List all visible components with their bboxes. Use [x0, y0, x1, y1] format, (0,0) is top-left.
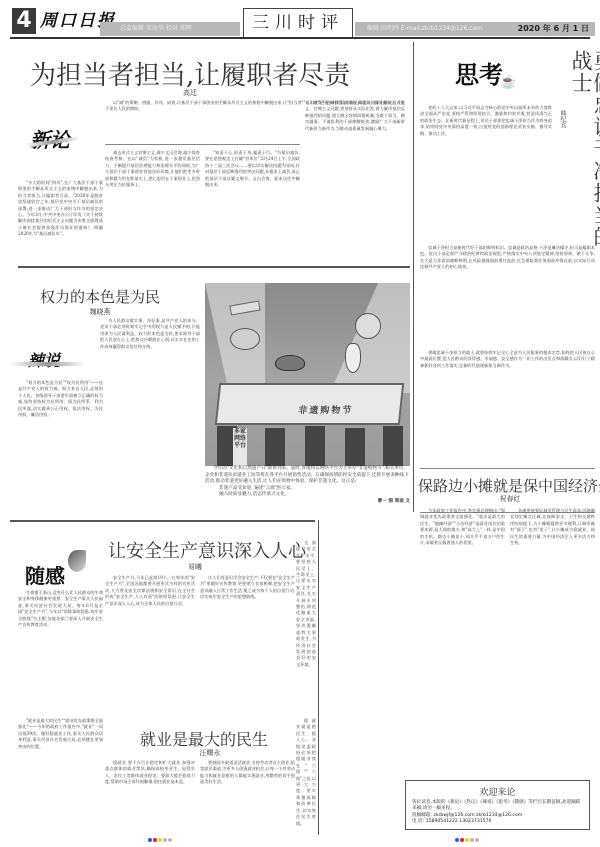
email-label: 投稿邮箱:: [412, 813, 432, 818]
gourd-item-icon: [230, 328, 260, 350]
intro-divider: [105, 144, 300, 145]
article-column: 全面提升安全生产水平,要坚持人民至上、生命至上,压紧压实安全生产责任,扎实开展专…: [296, 540, 316, 690]
article-column: 各地要统筹好城市管理与民生需求,因地制宜划定摊点区域,在保障安全、卫生和交通秩序…: [510, 508, 595, 773]
article-byline: 易曦: [165, 562, 225, 572]
section-divider: [18, 266, 410, 268]
article-headline: 勇做忠诚干净担当的战士: [570, 50, 600, 250]
color-mark-icon: [455, 838, 459, 842]
page-number: 4: [12, 8, 36, 34]
article-headline: 就业是最大的民生: [140, 727, 268, 750]
article-byline: 魏晓燕: [70, 307, 130, 317]
section-title: 三川时评: [243, 8, 353, 38]
column-divider: [413, 42, 414, 512]
phone-numbers: 15890541222 13023731576: [426, 819, 492, 824]
arm-illustration: [383, 426, 403, 466]
article-headline: 为担当者担当,让履职者尽责: [30, 55, 350, 92]
issue-date: 2020 年 6 月 1 日: [518, 22, 589, 36]
tablet-label: 非遗购物节: [298, 403, 354, 416]
color-mark-icon: [470, 838, 474, 842]
notice-title: 欢迎来论: [412, 785, 583, 798]
print-color-marks: [455, 838, 479, 842]
fan-item-icon: [355, 313, 381, 339]
article-column: 减负不是减担当,减事权,而是从根本上解决形式主义、官僚主义问题,要坚持从实际出发…: [305, 100, 405, 262]
color-mark-icon: [465, 838, 469, 842]
color-mark-icon: [460, 838, 464, 842]
color-mark-icon: [158, 838, 162, 842]
cartoon-image: 非遗购物节 多家网络平台: [205, 283, 410, 466]
cartoon-credit: 曹一 图 周南 文: [205, 499, 410, 506]
email-addresses[interactable]: zkrbwjf@126.com zkrb1234@126.com: [433, 813, 522, 818]
caption-text: 今年的"文化和自然遗产日"即将到来。届时,各地将以网络平台为主举办"非遗购物节"…: [205, 466, 410, 486]
color-mark-icon: [475, 838, 479, 842]
column-logo-sikao: 思考: [455, 55, 503, 90]
header-bar-right: 编辑:田明玲 E-mail:zkrb1234@126.com 2020 年 6 …: [355, 22, 595, 36]
article-column: 安全生产月,今年已是第19个。在每年的"安全生产月",全国各地都要开展形式多样的…: [105, 575, 195, 685]
arm-illustration: [265, 428, 285, 466]
vase-item-icon: [345, 343, 361, 373]
header-editor-info: 总监编辑 宋海华 校对:郑晖: [100, 25, 192, 32]
sign-label: 多家网络平台: [233, 428, 247, 466]
color-mark-icon: [163, 838, 167, 842]
article-column: 要鼓励多渠道灵活就业,支持劳动者自主创业,拓宽就业渠道,为更多人创造就业机会,让…: [200, 760, 295, 832]
article-column: 减去形式主义官僚主义,减少文山会海,减少督查检查考核。在以"减负"为契机,进一步…: [105, 150, 200, 262]
contributions-notice: 欢迎来论 各位读者,本版的《新论》《热议》《辣说》《思考》《随感》等栏目长期征稿…: [405, 780, 590, 830]
article-column: 稳就业,要千方百计稳定和扩大就业,加强对重点群体的就业帮扶,确保高校毕业生、退役…: [105, 760, 195, 832]
article-body: 忠诚干净担当是新时代好干部的鲜明标识。忠诚是政治品格,干净是廉洁操守,担当是履职…: [420, 245, 595, 350]
article-column: 生命重于泰山,没有什么比人民群众的生命安全和身体健康更重要。安全生产事关人民福祉…: [18, 590, 103, 690]
color-mark-icon: [168, 838, 172, 842]
section-divider: [420, 468, 595, 469]
article-headline: 保路边小摊就是保中国经济生机: [418, 475, 600, 496]
article-column: "就业是最大的民生""就业优先政策要全面强化"——今年的政府工作报告中,"就业"…: [18, 718, 103, 833]
cartoon-caption: 今年的"文化和自然遗产日"即将到来。届时,各地将以网络平台为主举办"非遗购物节"…: [205, 466, 410, 506]
header-contact-info: 编辑:田明玲 E-mail:zkrb1234@126.com: [355, 25, 482, 32]
article-byline: 韩纪宾: [558, 110, 567, 128]
print-color-marks: [148, 838, 172, 842]
article-headline: 让安全生产意识深入人心: [108, 537, 306, 563]
header-rule: [10, 37, 590, 39]
article-column: "知责于心,担责于身,履责于行。"为基层减负,要在思想观念上打破"官本位",5月…: [205, 150, 300, 262]
header-bar-left: 总监编辑 宋海华 校对:郑晖: [100, 22, 240, 36]
teapot-item-icon: [275, 355, 305, 371]
column-divider: [318, 520, 319, 835]
notice-phone-row: 电 话: 15890541222 13023731576: [412, 819, 583, 825]
caption-verse: 融入时尚显魅力,活态传承兴文化。: [205, 492, 410, 499]
brush-icon: [68, 550, 86, 572]
article-column: 让人们有意识学会安全生产,不仅要在"安全生产月"里做好宣传教育,更要建立长效机制…: [200, 575, 295, 685]
article-body: 勇做忠诚干净担当的战士,就要始终牢记全心全意为人民服务的根本宗旨,始终把人民放在…: [420, 350, 595, 460]
article-byline: 汪曙永: [180, 748, 240, 758]
article-byline: 高廷: [150, 88, 230, 98]
article-column: 为人民群众做实事、办好事,是共产党人的本分。党员干部必须时刻牢记手中的权力是人民…: [100, 318, 200, 508]
phone-label: 电 话:: [412, 819, 424, 824]
teapot-icon: ☕: [500, 75, 516, 90]
article-column: 今年政府工作报告中,李克强总理指出:"强调就业优先政策要全面强化。"就业是最大的…: [420, 508, 505, 773]
article-body: 党的十八大以来,以习近平同志为核心的党中央以前所未有的力度推进全面从严治党,坚持…: [420, 105, 552, 245]
notice-text: 各位读者,本版的《新论》《热议》《辣说》《思考》《随感》等栏目长期征稿,欢迎踊跃…: [412, 800, 583, 813]
column-logo-lashuo: 辣说: [28, 348, 60, 371]
article-column: 稳就业就是稳民生、稳人心。各级党委政府必须把稳就业放在"六稳""六保"之首,以更…: [296, 718, 316, 833]
article-column: "权力的本色是为民""权为民所用"——这是共产党人的权力观。权力来自人民,必须用…: [18, 380, 103, 505]
arm-illustration: [305, 426, 325, 466]
arm-illustration: [345, 428, 365, 466]
column-logo-suigan: 随感: [25, 560, 65, 589]
article-byline: 祝春红: [470, 494, 550, 504]
tablet-illustration: 非遗购物节: [215, 383, 404, 425]
color-mark-icon: [148, 838, 152, 842]
logo-swoosh-icon: [10, 362, 85, 366]
color-mark-icon: [153, 838, 157, 842]
article-headline: 权力的本色是为民: [40, 286, 160, 307]
article-column: "多大的时间"四风",在广大基层干部干事明里的手脚从形式主义的束缚中解脱出来,为…: [18, 180, 103, 260]
section-divider: [10, 520, 315, 522]
